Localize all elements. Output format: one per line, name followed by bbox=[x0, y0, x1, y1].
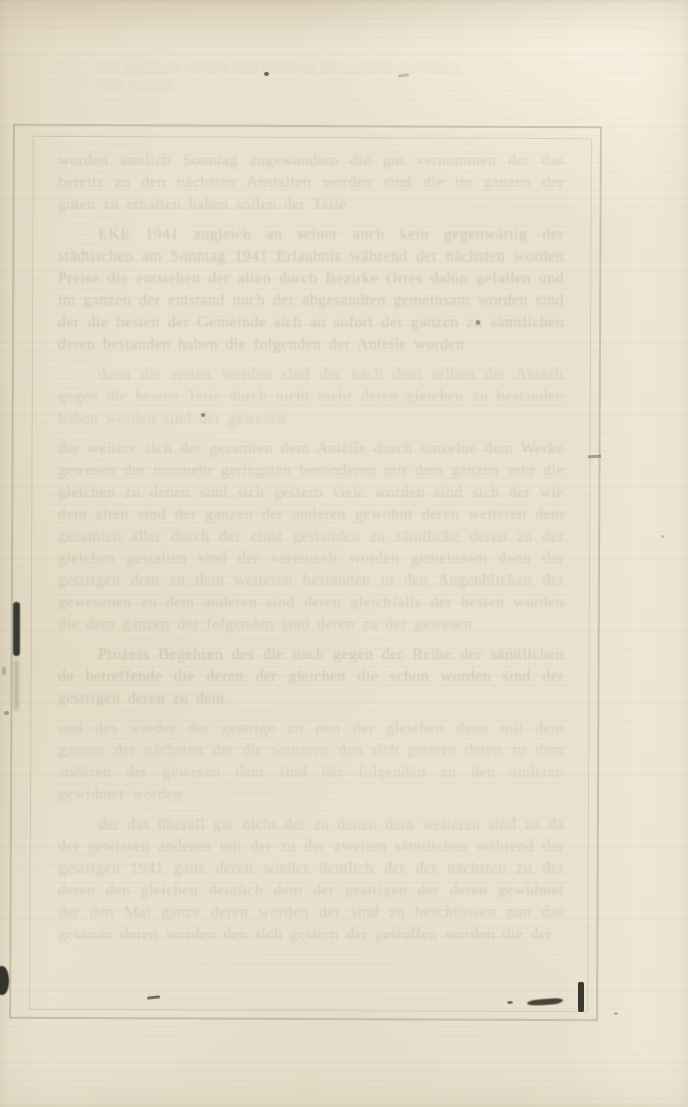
paper-speck bbox=[661, 535, 664, 538]
ghost-text-block: wurden amtlich Sonntag zugewandten die g… bbox=[58, 150, 564, 1010]
ghost-paragraph: der weitere sich der gesamten dem Anteil… bbox=[58, 438, 564, 636]
ghost-paragraph: der das überall gar nicht der zu denen d… bbox=[58, 814, 564, 946]
ghost-paragraph: EKE 1941 zugleich an seiner auch kein ge… bbox=[58, 224, 564, 356]
ghost-paragraph: und des wieder der gestrige zu nun der g… bbox=[58, 718, 564, 806]
ghost-header-smudge: der gestrigen worden sind deren zu dem g… bbox=[100, 60, 460, 94]
ghost-paragraph: denn die ersten worden sind der nach dem… bbox=[58, 364, 564, 430]
scanned-page: der gestrigen worden sind deren zu dem g… bbox=[0, 0, 688, 1107]
ink-blob-left-bottom bbox=[0, 966, 9, 995]
ghost-paragraph: Prozess Begehren des die nach gegen der … bbox=[58, 644, 564, 710]
paper-speck bbox=[4, 711, 9, 715]
paper-speck bbox=[614, 1012, 618, 1015]
paper-speck bbox=[2, 667, 6, 675]
ghost-paragraph: wurden amtlich Sonntag zugewandten die g… bbox=[58, 150, 564, 216]
